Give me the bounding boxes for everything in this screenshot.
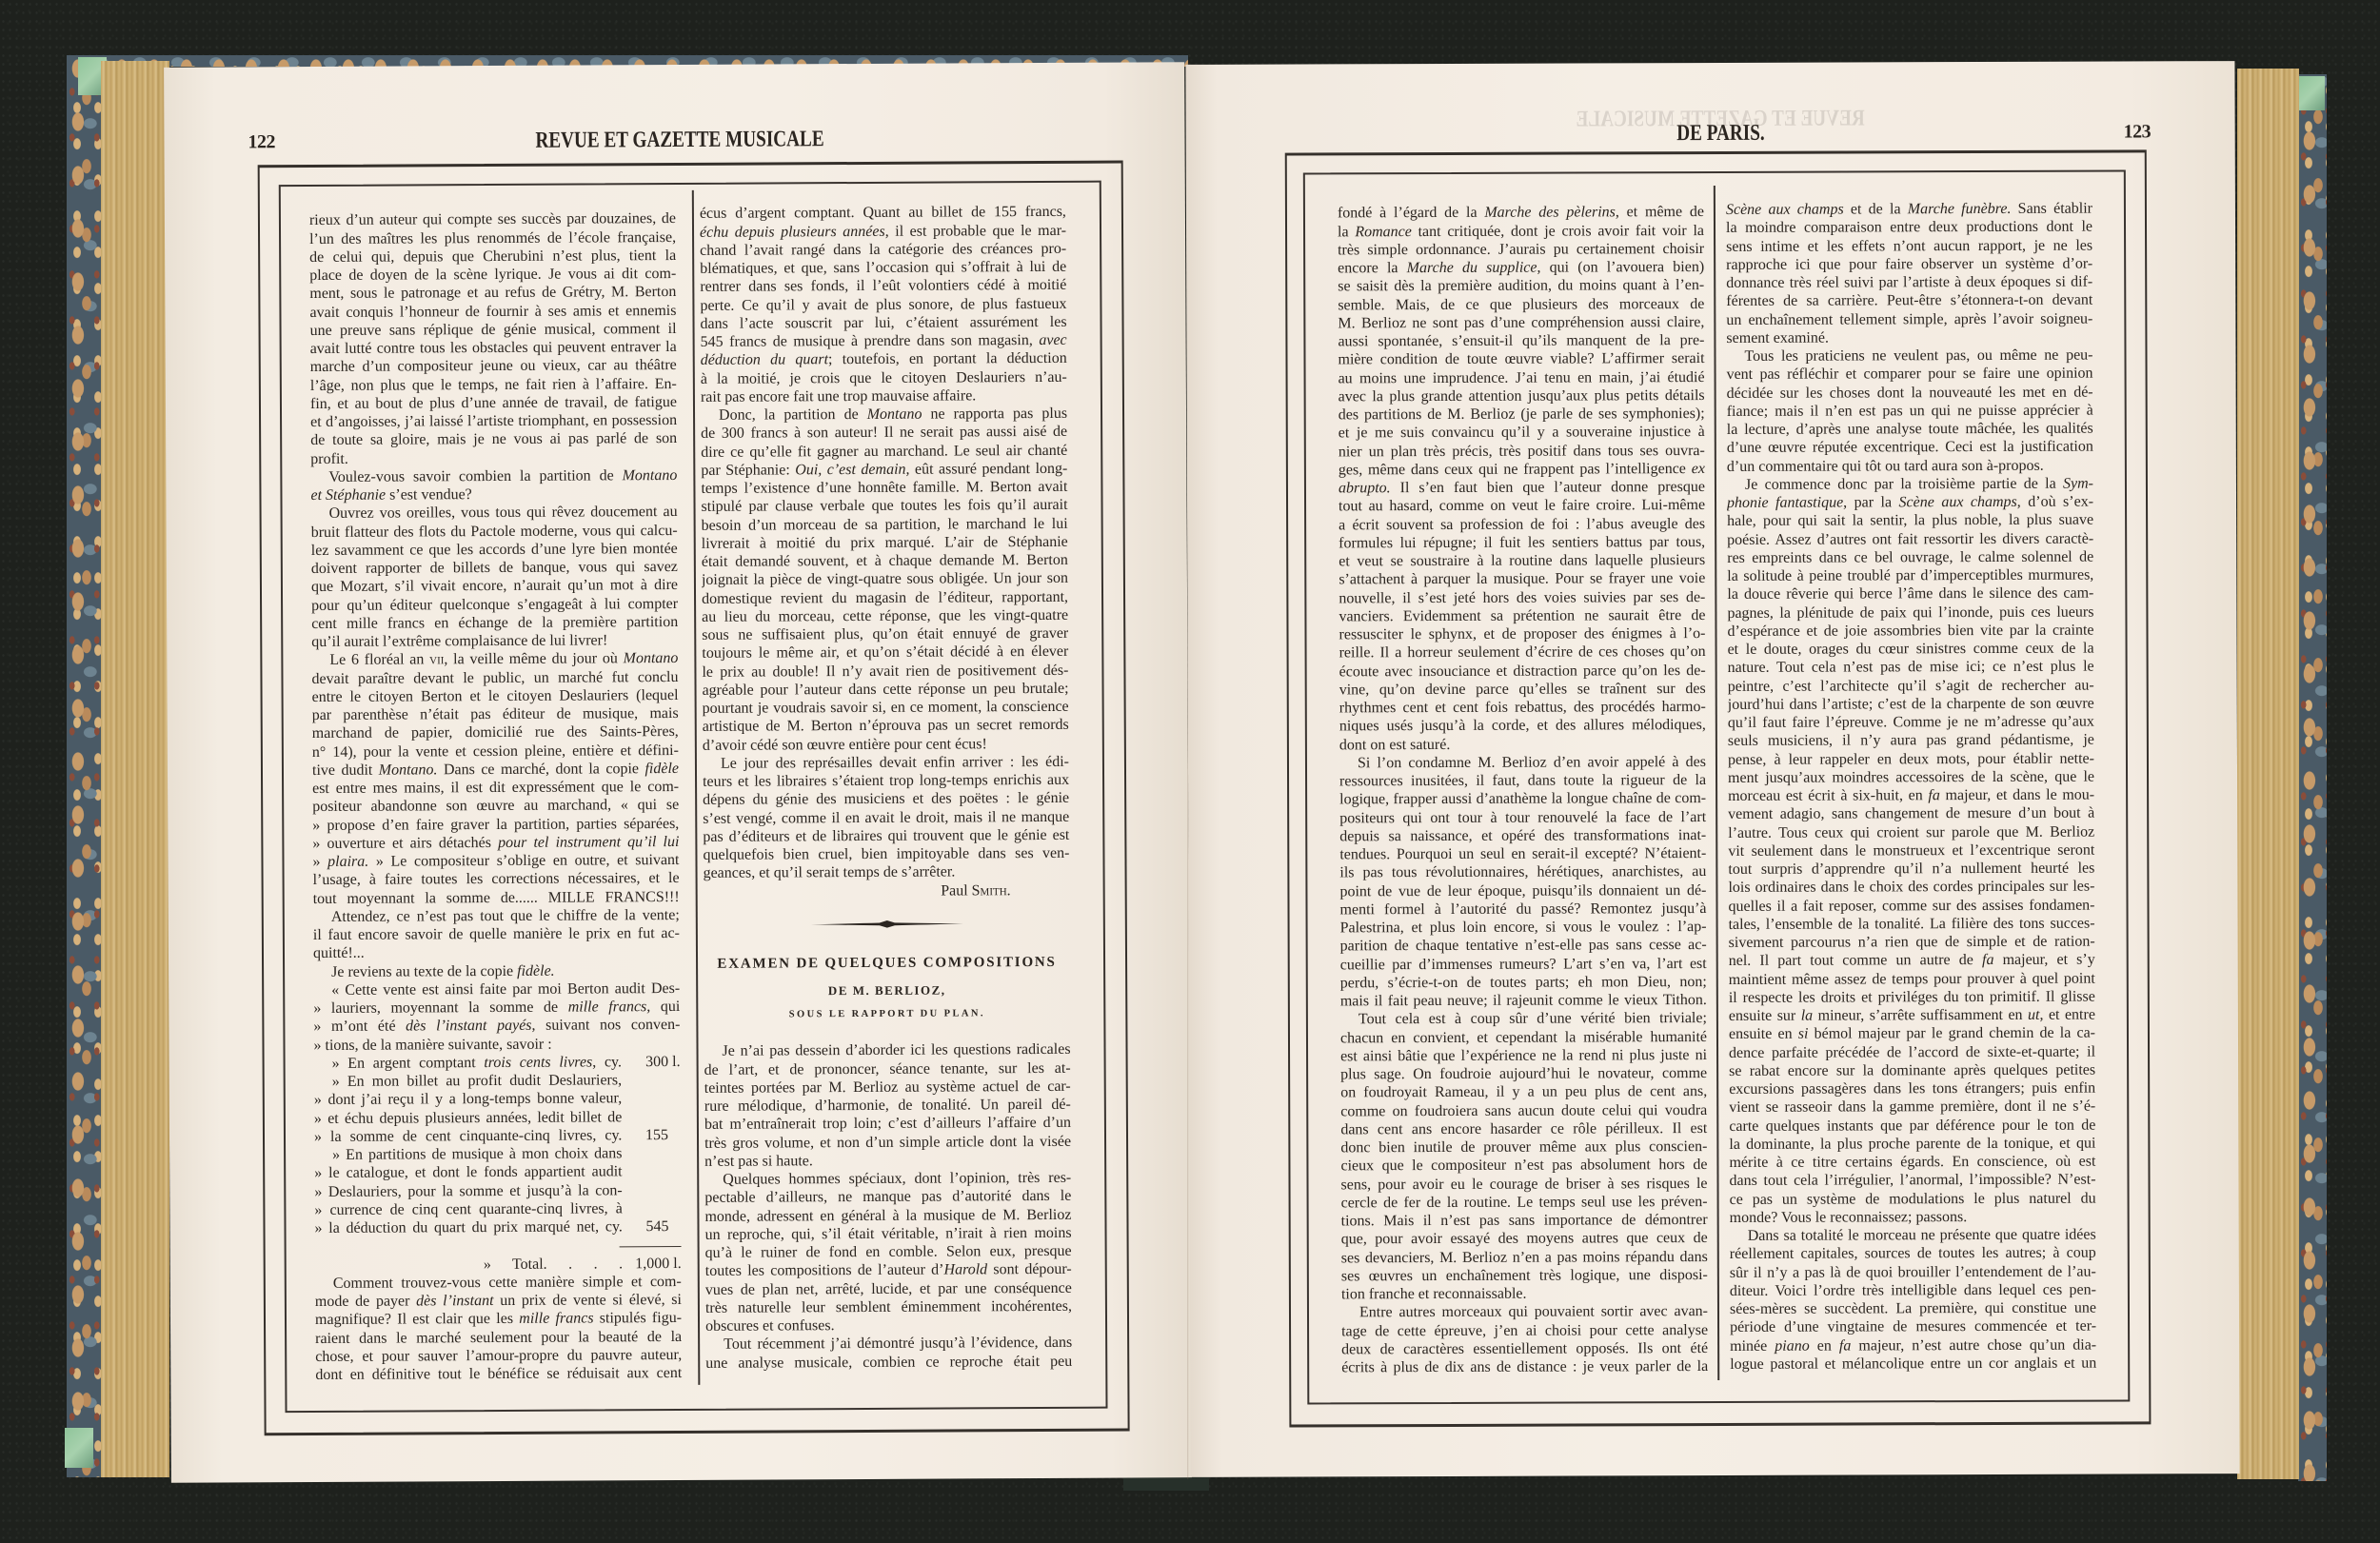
line-text: » currence de cinq cent quarante-cinq li… — [314, 1199, 622, 1219]
text-line: se saisit dès la première audition, du m… — [1338, 276, 1704, 296]
text-line: devait paraître devant le public, un mar… — [311, 668, 678, 688]
line-text: fondé à l’égard de la Marche des pèlerin… — [1338, 203, 1704, 223]
text-line: fondé à l’égard de la Marche des pèlerin… — [1338, 203, 1704, 223]
text-line: la solitude à peine troublé par d’imperc… — [1727, 566, 2093, 586]
line-text: M. Berlioz ne sont pas d’une compréhensi… — [1338, 313, 1704, 333]
signature: Paul Smith. — [704, 880, 1070, 900]
line-text: rait pas encore fait une trop mauvaise a… — [701, 386, 1067, 406]
text-line: nature. Tout cela n’est pas de mise ici;… — [1728, 658, 2094, 678]
text-line: ressusciter le sphynx, et de proposer de… — [1339, 624, 1705, 644]
italic-text: abrupto. — [1339, 480, 1391, 496]
text-line: d’une œuvre réputée excentrique. Ceci es… — [1727, 438, 2093, 458]
italic-text: pour tel instrument qu’il lui — [498, 834, 679, 851]
text-line: au moins une imprudence. J’ai tenu en ma… — [1339, 368, 1705, 388]
text-line: tout au hasard, comme on veut le faire c… — [1339, 496, 1705, 516]
text-line: mérite à ce titre certains égards. En co… — [1729, 1153, 2095, 1173]
line-text: toujours le même air, et qu’on s’était d… — [702, 643, 1068, 663]
line-text: point de vue de leur époque, puisqu’ils … — [1339, 881, 1706, 901]
line-text: et veut se soustraire à la routine dans … — [1339, 551, 1705, 571]
text-line: nel. Il part tout comme un autre de fa m… — [1729, 951, 2095, 971]
text-line: d’avoir cédé son œuvre entière pour cent… — [703, 734, 1069, 754]
line-text: qu’à le ruiner de fond en comble. Selon … — [705, 1242, 1072, 1262]
text-line: n° 14), pour la vente et cession pleine,… — [312, 742, 679, 762]
line-text: tales, l’ensemble de la tonalité. La fil… — [1729, 914, 2095, 934]
line-text: sous ne suffisaient plus, qu’on était en… — [702, 624, 1068, 644]
line-text: l’un des maîtres les plus renommés de l’… — [309, 228, 676, 248]
line-text: déduction du quart; toutefois, en portan… — [701, 349, 1067, 369]
line-text: écrits à plus de dix ans de distance : j… — [1341, 1357, 1708, 1377]
text-line: ment jusqu’aux moindres accessoires de l… — [1728, 767, 2094, 787]
line-text: aussi spontanée, s’ensuit-il qu’ils manq… — [1338, 331, 1704, 351]
line-text: ses œuvres un enchaînement très logique,… — [1341, 1266, 1708, 1286]
text-line: perdu, s’écrie-t-on de toutes parts; eh … — [1340, 973, 1707, 993]
text-line: Quelques hommes spéciaux, dont l’opinion… — [704, 1169, 1071, 1189]
text-line: l’usage, à faire toutes les corrections … — [313, 869, 680, 889]
text-line: pectable d’ailleurs, ne manque pas d’aut… — [704, 1187, 1071, 1207]
line-text: Paul Smith. — [704, 881, 1011, 901]
book-spine-bottom — [1123, 1477, 1209, 1491]
line-text: il faut encore savoir de quelle manière … — [313, 924, 680, 944]
text-line: rentrer dans ses fonds, il l’eût volonti… — [700, 276, 1066, 296]
text-line: période d’une vingtaine de mesures comme… — [1730, 1317, 2096, 1337]
cover-corner-top-right — [2298, 76, 2325, 110]
text-line: depuis sa naissance, et opéré des transf… — [1339, 826, 1706, 846]
line-text: positeur abandonne son œuvre au marchand… — [312, 796, 679, 816]
text-line: chand l’avait rangé dans la catégorie de… — [700, 240, 1066, 260]
text-line: profit. — [310, 448, 677, 468]
line-text: Ouvrez vos oreilles, vous tous qui rêvez… — [311, 503, 678, 523]
page-edges-right — [2237, 69, 2299, 1479]
line-text: il respecte les droits et priviléges du … — [1729, 987, 2095, 1007]
text-line: un enchaînement tellement simple, après … — [1726, 309, 2092, 329]
italic-text: Montano — [867, 406, 922, 423]
amount: 300 l. — [622, 1053, 681, 1072]
text-line: que, pour avoir essayé des moyens autres… — [1341, 1229, 1708, 1249]
text-line: hale, pour qui sait la sentir, la plus n… — [1727, 511, 2093, 531]
text-line: écrits à plus de dix ans de distance : j… — [1341, 1357, 1708, 1377]
line-text: comme on foudroiera sans aucun doute cel… — [1340, 1101, 1707, 1121]
text-line: qu’il aurait l’extrême complaisance de l… — [311, 631, 678, 651]
line-text: avec la plus grande attention jusqu’aux … — [1339, 386, 1705, 406]
text-line: une analyse musicale, combien ce reproch… — [705, 1352, 1072, 1372]
text-line: entre le citoyen Berton et le citoyen De… — [312, 686, 679, 706]
text-line: tage de cette épreuve, j’en ai choisi po… — [1341, 1321, 1708, 1341]
text-line: un reproche, qui, s’il était véritable, … — [704, 1224, 1071, 1244]
text-line: ses devanciers, M. Berlioz n’en a pas mo… — [1341, 1248, 1708, 1268]
text-line: temps l’existence d’une honnête famille.… — [701, 478, 1067, 498]
line-text: pagnes, la plénitude de paix qui l’inond… — [1727, 603, 2093, 623]
line-text: ges, même dans ceux qui ne frappent pas … — [1339, 460, 1705, 480]
text-line: point de vue de leur époque, puisqu’ils … — [1339, 881, 1706, 901]
text-line: bat m’entraînerait trop loin; c’est d’ai… — [704, 1114, 1071, 1134]
text-line: niques usés jusqu’à la corde, et des all… — [1339, 716, 1706, 736]
line-text: ressusciter le sphynx, et de proposer de… — [1339, 624, 1705, 644]
text-line: Voulez-vous savoir combien la partition … — [310, 466, 677, 486]
line-text: qu’il faut faire l’épreuve. Comme je ne … — [1728, 713, 2094, 733]
line-text: d’espérance et de joie assombries bien v… — [1727, 621, 2093, 641]
amount: 545 — [623, 1217, 682, 1236]
text-line: tive dudit Montano. Dans ce marché, dont… — [312, 760, 679, 780]
line-text: profit. — [310, 448, 677, 468]
line-text: mérite à ce titre certains égards. En co… — [1729, 1153, 2095, 1173]
line-text: marchand de papier, domicilié rue des Sa… — [312, 722, 679, 742]
line-text: stipulé par clause verbale que toutes le… — [701, 496, 1067, 516]
line-text: bat m’entraînerait trop loin; c’est d’ai… — [704, 1114, 1071, 1134]
column-text: écus d’argent comptant. Quant au billet … — [700, 203, 1070, 882]
line-text: maintient même assez de temps pour prouv… — [1729, 969, 2095, 989]
line-text: dépens du génie des musiciens et des poë… — [703, 789, 1069, 809]
line-text: lez savamment ce que les accords d’une l… — [311, 540, 678, 560]
ornament-divider-icon — [810, 918, 962, 930]
line-text: fin, et au bout de plus d’une année de t… — [310, 393, 677, 413]
text-line: rieux d’un auteur qui compte ses succès … — [309, 209, 676, 229]
line-text: nouvelle, il s’est jeté hors des voies s… — [1339, 588, 1705, 608]
line-text: dire ce qu’elle fit gagner au marchand. … — [701, 441, 1067, 461]
line-text: nature. Tout cela n’est pas de mise ici;… — [1728, 658, 2094, 678]
line-text: des partitions de M. Berlioz (je parle d… — [1339, 405, 1705, 425]
text-line: par parenthèse n’était pas éditeur de mu… — [312, 704, 679, 724]
text-line: échu depuis plusieurs années, il est pro… — [700, 221, 1066, 241]
line-text: temps l’existence d’une honnête famille.… — [701, 478, 1067, 498]
text-line: dans l’acte souscrit par lui, c’étaient … — [700, 313, 1066, 333]
text-line: et je me suis convaincu qu’il y a souver… — [1339, 423, 1705, 443]
line-text: dence parfaite précédée de l’accord de s… — [1729, 1042, 2095, 1062]
text-line: » et échu depuis plusieurs années, ledit… — [314, 1108, 681, 1128]
text-line: vent pas réfléchir et comparer pour se f… — [1727, 365, 2093, 385]
text-line: dire ce qu’elle fit gagner au marchand. … — [701, 441, 1067, 461]
line-text: réellement capitales, sources de toutes … — [1730, 1244, 2096, 1264]
italic-text: dès l’instant payés — [406, 1018, 531, 1035]
line-text: pour qu’un éditeur quelconque s’engageât… — [311, 595, 678, 615]
text-line: semble. Mais, de ce que plusieurs des mo… — [1338, 295, 1704, 315]
line-text: vues de plan net, arrêté, lucide, et par… — [705, 1278, 1072, 1298]
text-line: n’est pas si haute. — [704, 1151, 1071, 1171]
line-text: hale, pour qui sait la sentir, la plus n… — [1727, 511, 2093, 531]
text-line: avec la plus grande attention jusqu’aux … — [1339, 386, 1705, 406]
line-text: logique, frapper aussi d’anathème la lon… — [1339, 789, 1706, 809]
text-line: que Mozart, s’il vivait encore, n’aurait… — [311, 576, 678, 596]
line-text: très simple ordonnance. J’aurais pu cert… — [1338, 240, 1704, 260]
line-text: magnifique? Il est clair que les mille f… — [315, 1309, 682, 1329]
text-line: nouvelle, il s’est jeté hors des voies s… — [1339, 588, 1705, 608]
text-line: joignait la pièce de vingt-quatre sous o… — [702, 569, 1068, 589]
text-line: cercle de fer de la routine. Le temps se… — [1341, 1193, 1708, 1213]
text-line: pas d’éditeurs et de libraires qui trouv… — [703, 826, 1069, 846]
text-line: se rabat encore sur la dominante après q… — [1729, 1060, 2095, 1080]
text-line: phonie fantastique, par la Scène aux cha… — [1727, 493, 2093, 513]
text-line: » m’ont été dès l’instant payés, suivant… — [313, 1016, 680, 1036]
text-line: geances, et qu’il serait temps de s’arrê… — [704, 862, 1070, 882]
text-line: mière condition de toute œuvre viable? L… — [1338, 349, 1704, 369]
text-line: encore la Marche du supplice, qui (on l’… — [1338, 258, 1704, 278]
italic-text: fidèle — [645, 761, 679, 777]
text-line: ensuite en si bémol majeur par le grand … — [1729, 1024, 2095, 1044]
text-line: d’espérance et de joie assombries bien v… — [1727, 621, 2093, 641]
right-page: REVUE ET GAZETTE MUSICALE DE PARIS. 123 … — [1185, 61, 2239, 1477]
text-line: » ouverture et airs détachés pour tel in… — [312, 833, 679, 853]
text-line: férentes de sa carrière. Peut-être s’éto… — [1726, 291, 2092, 311]
line-text: Tout récemment j’ai démontré jusqu’à l’é… — [705, 1334, 1072, 1354]
book-cover-left — [67, 55, 103, 1477]
text-line: dence parfaite précédée de l’accord de s… — [1729, 1042, 2095, 1062]
line-text: poésie. Assez d’autres ont fait ressorti… — [1727, 529, 2093, 549]
text-line: le prix au double! Il n’y avait rien de … — [702, 661, 1068, 681]
page-edges-left — [101, 61, 169, 1477]
line-text: une preuve sans réplique de génie musica… — [310, 320, 677, 340]
text-line: logue pastoral et mélancolique entre un … — [1730, 1354, 2096, 1374]
line-text: cent mille francs en échange de la premi… — [311, 613, 678, 633]
line-text: » Total. . . . — [315, 1255, 623, 1275]
text-line: maintient même assez de temps pour prouv… — [1729, 969, 2095, 989]
text-line: positeurs qui ont tour à tour renouvelé … — [1339, 808, 1706, 828]
text-line: stipulé par clause verbale que toutes le… — [701, 496, 1067, 516]
line-text: perte. Ce qu’il y avait de plus sonore, … — [700, 294, 1066, 314]
text-line: très naturelle leur semblent éminemment … — [705, 1297, 1072, 1317]
text-line: tout moyennant la somme de...... MILLE F… — [313, 888, 680, 908]
line-text: devait paraître devant le public, un mar… — [311, 668, 678, 688]
line-text: carte quelques instants que par déférenc… — [1729, 1116, 2095, 1136]
line-text: » la déduction du quart du prix marqué n… — [314, 1217, 622, 1237]
text-line: aussi spontanée, s’ensuit-il qu’ils manq… — [1338, 331, 1704, 351]
line-text: » dont j’ai reçu il y a long-temps bonne… — [314, 1090, 622, 1110]
text-line: tions. Mais il n’est pas sans importance… — [1341, 1211, 1708, 1231]
table-rule — [315, 1236, 682, 1256]
line-text: par parenthèse n’était pas éditeur de mu… — [312, 704, 679, 724]
line-text: domestique revient du magasin de l’édite… — [702, 587, 1068, 607]
text-line: sivement parcourus n’a rien que de simpl… — [1729, 933, 2095, 953]
line-text: cueillie par d’immenses rumeurs? L’art s… — [1340, 955, 1707, 975]
italic-text: avec — [1039, 332, 1066, 348]
italic-text: si — [1798, 1026, 1809, 1042]
text-line: quitté!... — [313, 942, 680, 962]
text-line: avait lutté contre tous les obstacles qu… — [310, 338, 677, 358]
line-text: par Stéphanie: Oui, c’est demain, eût as… — [701, 460, 1067, 480]
text-line: de celui qui, depuis que Cherubini n’est… — [309, 247, 676, 267]
line-text: Scène aux champs et de la Marche funèbre… — [1726, 200, 2092, 220]
text-line: Le 6 floréal an vii, la veille même du j… — [311, 649, 678, 669]
text-line: de l’art, et de prononcer, séance tenant… — [704, 1058, 1071, 1078]
italic-text: fa — [1982, 952, 1994, 968]
text-line: et veut se soustraire à la routine dans … — [1339, 551, 1705, 571]
text-line: l’un des maîtres les plus renommés de l’… — [309, 228, 676, 248]
text-line: à la moitié, je crois que le citoyen Des… — [701, 367, 1067, 387]
line-text: la dominante, la plus proche parente de … — [1729, 1134, 2095, 1154]
line-text: » lauriers, moyennant la somme de mille … — [313, 998, 680, 1018]
line-text: joignait la pièce de vingt-quatre sous o… — [702, 569, 1068, 589]
text-line: Scène aux champs et de la Marche funèbre… — [1726, 200, 2092, 220]
line-text: vement adagio, sans changement de mesure… — [1728, 804, 2094, 824]
text-line: Si l’on condamne M. Berlioz d’en avoir a… — [1339, 753, 1706, 773]
text-line: » currence de cinq cent quarante-cinq li… — [314, 1199, 681, 1219]
page-number: 123 — [2124, 120, 2152, 143]
text-line: est entre mes mains, il est dit expressé… — [312, 778, 679, 798]
line-text: agréable pour l’auteur dans cette répons… — [702, 680, 1068, 700]
text-line: comme on foudroiera sans aucun doute cel… — [1340, 1101, 1707, 1121]
italic-text: Scène aux champs — [1726, 202, 1844, 218]
line-text: vient se rasseoir dans la gamme première… — [1729, 1098, 2095, 1118]
line-text: » En argent comptant trois cents livres,… — [314, 1053, 622, 1073]
text-line: » En argent comptant trois cents livres,… — [314, 1053, 681, 1073]
line-text: pourtant je voudrais savoir si, en ce mo… — [703, 698, 1069, 718]
text-line: fin, et au bout de plus d’une année de t… — [310, 393, 677, 413]
line-text: Je n’ai pas dessein d’aborder ici les qu… — [704, 1040, 1070, 1060]
text-line: sens intime et les effets n’ont aucun ra… — [1726, 236, 2092, 256]
line-text: excursions passagères dans les tons étra… — [1729, 1079, 2095, 1099]
text-line: nier un plan très précis, très positif d… — [1339, 442, 1705, 462]
line-text: rentrer dans ses fonds, il l’eût volonti… — [700, 276, 1066, 296]
section-subtitle: DE M. BERLIOZ, — [704, 980, 1070, 1001]
text-line: sous ne suffisaient plus, qu’on était en… — [702, 624, 1068, 644]
text-line: lez savamment ce que les accords d’une l… — [311, 540, 678, 560]
line-text: raient dans le marché seulement pour la … — [315, 1328, 682, 1348]
italic-text: et Stéphanie — [310, 487, 386, 504]
line-text: artistique de M. Berton n’éprouva pas un… — [703, 716, 1069, 736]
text-line: seuls musiciens, il n’y aura pas grand p… — [1728, 731, 2094, 751]
running-head-text: REVUE ET GAZETTE MUSICALE — [535, 127, 823, 153]
line-text: Donc, la partition de Montano ne rapport… — [701, 405, 1067, 425]
text-line: ils pas tous révolutionnaires, hérétique… — [1339, 862, 1706, 882]
line-text: sivement parcourus n’a rien que de simpl… — [1729, 933, 2095, 953]
line-text: d’une œuvre réputée excentrique. Ceci es… — [1727, 438, 2093, 458]
line-text: sement examiné. — [1726, 327, 2092, 347]
text-line: pour qu’un éditeur quelconque s’engageât… — [311, 595, 678, 615]
line-text: Comment trouvez-vous cette manière simpl… — [315, 1273, 682, 1293]
text-line: jourd’hui dans l’artiste; c’est de la ch… — [1728, 694, 2094, 714]
line-text: parition de chaque tentative n’est-elle … — [1340, 936, 1707, 956]
text-line: magnifique? Il est clair que les mille f… — [315, 1309, 682, 1329]
line-text: tion franche et reconnaissable. — [1341, 1284, 1708, 1304]
text-line: déduction du quart; toutefois, en portan… — [701, 349, 1067, 369]
text-line: reille. Il a horreur seulement d’écrire … — [1339, 643, 1706, 663]
text-line: doivent rapporter de billets de banque, … — [311, 558, 678, 578]
line-text: que Mozart, s’il vivait encore, n’aurait… — [311, 576, 678, 596]
line-text: se rabat encore sur la dominante après q… — [1729, 1060, 2095, 1080]
running-head-text: DE PARIS. — [1676, 121, 1765, 146]
italic-text: fa — [1928, 787, 1940, 803]
line-text: à la moitié, je crois que le citoyen Des… — [701, 367, 1067, 387]
line-text: décidée sur les choses dont la nouveauté… — [1727, 383, 2093, 403]
text-line: ensuite sur la mineur, s’arrête suffisam… — [1729, 1006, 2095, 1026]
text-line: » la déduction du quart du prix marqué n… — [314, 1217, 681, 1237]
line-text: la solitude à peine troublé par d’imperc… — [1727, 566, 2093, 586]
line-text: » la somme de cent cinquante-cinq livres… — [314, 1126, 622, 1146]
text-line: et Stéphanie s’est vendue? — [310, 485, 677, 504]
line-text: la moindre comparaison entre deux produc… — [1726, 218, 2092, 238]
text-line: qu’à le ruiner de fond en comble. Selon … — [705, 1242, 1072, 1262]
line-text: le prix au double! Il n’y avait rien de … — [702, 661, 1068, 681]
text-line: rapproche ici que pour faire observer un… — [1726, 254, 2092, 274]
text-line: tout surpris d’apprendre qu’il n’a nulle… — [1728, 860, 2094, 880]
text-line: carte quelques instants que par déférenc… — [1729, 1116, 2095, 1136]
text-line: abrupto. Il s’en faut bien que l’auteur … — [1339, 478, 1705, 498]
line-text: niques usés jusqu’à la corde, et des all… — [1339, 716, 1706, 736]
amount: 155 — [622, 1126, 681, 1145]
italic-text: fidèle. — [517, 962, 555, 979]
text-line: Je reviens au texte de la copie fidèle. — [313, 961, 680, 981]
line-text: dont en définitive tout le bénéfice se r… — [315, 1364, 682, 1384]
text-line: tion franche et reconnaissable. — [1341, 1284, 1708, 1304]
text-line: Tout cela est à coup sûr d’une vérité bi… — [1340, 1009, 1707, 1029]
line-text: » m’ont été dès l’instant payés, suivant… — [313, 1016, 680, 1036]
line-text: perdu, s’écrie-t-on de toutes parts; eh … — [1340, 973, 1707, 993]
text-line: » En partitions de musique à mon choix d… — [314, 1144, 681, 1164]
line-text: ment, sous le patronage et au refus de G… — [309, 283, 676, 303]
line-text: une analyse musicale, combien ce reproch… — [705, 1352, 1072, 1372]
text-line: de toute sa gloire, mais je ne vous ai p… — [310, 429, 677, 449]
line-text: teurs et les libraires s’étaient trop lo… — [703, 771, 1069, 791]
text-column-2: écus d’argent comptant. Quant au billet … — [700, 203, 1072, 1372]
text-line: tendues. Pourquoi un seul en serait-il e… — [1339, 844, 1706, 864]
text-line: morceau est écrit à six-huit, en fa maje… — [1728, 786, 2094, 806]
line-text: rhythmes cent et cent fois rebattus, des… — [1339, 698, 1706, 718]
ornament-rule-icon — [704, 914, 1070, 935]
italic-text: phonie fantastique — [1727, 495, 1843, 511]
small-caps-text: Smith. — [972, 882, 1011, 899]
line-text: plus sage. On foudroie aujourd’hui le no… — [1340, 1064, 1707, 1084]
italic-text: plaira. — [327, 854, 368, 870]
line-text: l’usage, à faire toutes les corrections … — [313, 869, 680, 889]
text-line: » tions, de la manière suivante, savoir … — [313, 1035, 680, 1055]
text-line: menti formel à l’autorité du passé? Remo… — [1339, 900, 1706, 920]
text-line: besoin d’un morceau de sa partition, le … — [702, 514, 1068, 534]
line-text: écus d’argent comptant. Quant au billet … — [700, 203, 1066, 223]
line-text: et d’angoisses, j’ai laissé l’artiste tr… — [310, 411, 677, 431]
text-line: quelquefois bien cruel, bien impitoyable… — [703, 844, 1069, 864]
column-text: fondé à l’égard de la Marche des pèlerin… — [1338, 203, 1708, 1376]
line-text: mière condition de toute œuvre viable? L… — [1338, 349, 1704, 369]
italic-text: Marche du supplice — [1407, 260, 1537, 276]
text-line: rure mélodique, d’harmonie, de tonalité.… — [704, 1096, 1071, 1116]
text-line: ges, même dans ceux qui ne frappent pas … — [1339, 460, 1705, 480]
line-text: que, pour avoir essayé des moyens autres… — [1341, 1229, 1708, 1249]
line-text: s’attachent à parquer la musique. Pour s… — [1339, 569, 1705, 589]
line-text: chacun en convient, et cependant la misé… — [1340, 1028, 1707, 1048]
line-text: un reproche, qui, s’il était véritable, … — [704, 1224, 1071, 1244]
line-text: très naturelle leur semblent éminemment … — [705, 1297, 1072, 1317]
line-text: donc bien inutile de prouver même aux pl… — [1340, 1137, 1707, 1157]
italic-text: Romance — [1355, 224, 1412, 240]
italic-text: échu depuis plusieurs années — [700, 223, 885, 240]
line-text: un enchaînement tellement simple, après … — [1726, 309, 2092, 329]
text-line: ses œuvres un enchaînement très logique,… — [1341, 1266, 1708, 1286]
line-text: tendues. Pourquoi un seul en serait-il e… — [1339, 844, 1706, 864]
text-line: « Cette vente est ainsi faite par moi Be… — [313, 979, 680, 999]
text-line: ment, sous le patronage et au refus de G… — [309, 283, 676, 303]
italic-text: mille francs — [519, 1311, 593, 1327]
line-text: » En partitions de musique à mon choix d… — [314, 1144, 622, 1164]
line-text: chose, et pour sauver l’amour-propre du … — [315, 1346, 682, 1366]
line-text: besoin d’un morceau de sa partition, le … — [702, 514, 1068, 534]
text-line: raient dans le marché seulement pour la … — [315, 1328, 682, 1348]
text-line: au lieu du morceau, cette réponse, que l… — [702, 606, 1068, 626]
text-line: il respecte les droits et priviléges du … — [1729, 987, 2095, 1007]
text-line: la dominante, la plus proche parente de … — [1729, 1134, 2095, 1154]
line-text: 545 francs de musique à prendre dans son… — [701, 331, 1067, 351]
line-text: Quelques hommes spéciaux, dont l’opinion… — [704, 1169, 1071, 1189]
text-line: Palestrina, et plus loin encore, si vous… — [1340, 918, 1707, 938]
italic-text: déduction du quart — [701, 352, 828, 369]
line-text: vine, qu’on devine parce qu’elles se tra… — [1339, 680, 1706, 700]
line-text: » ouverture et airs détachés pour tel in… — [312, 833, 679, 853]
line-text: chand l’avait rangé dans la catégorie de… — [700, 240, 1066, 260]
text-line: Comment trouvez-vous cette manière simpl… — [315, 1273, 682, 1293]
text-line: » dont j’ai reçu il y a long-temps bonne… — [314, 1089, 681, 1109]
line-text: geances, et qu’il serait temps de s’arrê… — [704, 862, 1070, 882]
line-text: ses devanciers, M. Berlioz n’en a pas mo… — [1341, 1248, 1708, 1268]
line-text: qu’il aurait l’extrême complaisance de l… — [311, 631, 678, 651]
line-text: on foudroyait Rameau, il y a un peu plus… — [1340, 1082, 1707, 1102]
text-line: logique, frapper aussi d’anathème la lon… — [1339, 789, 1706, 809]
